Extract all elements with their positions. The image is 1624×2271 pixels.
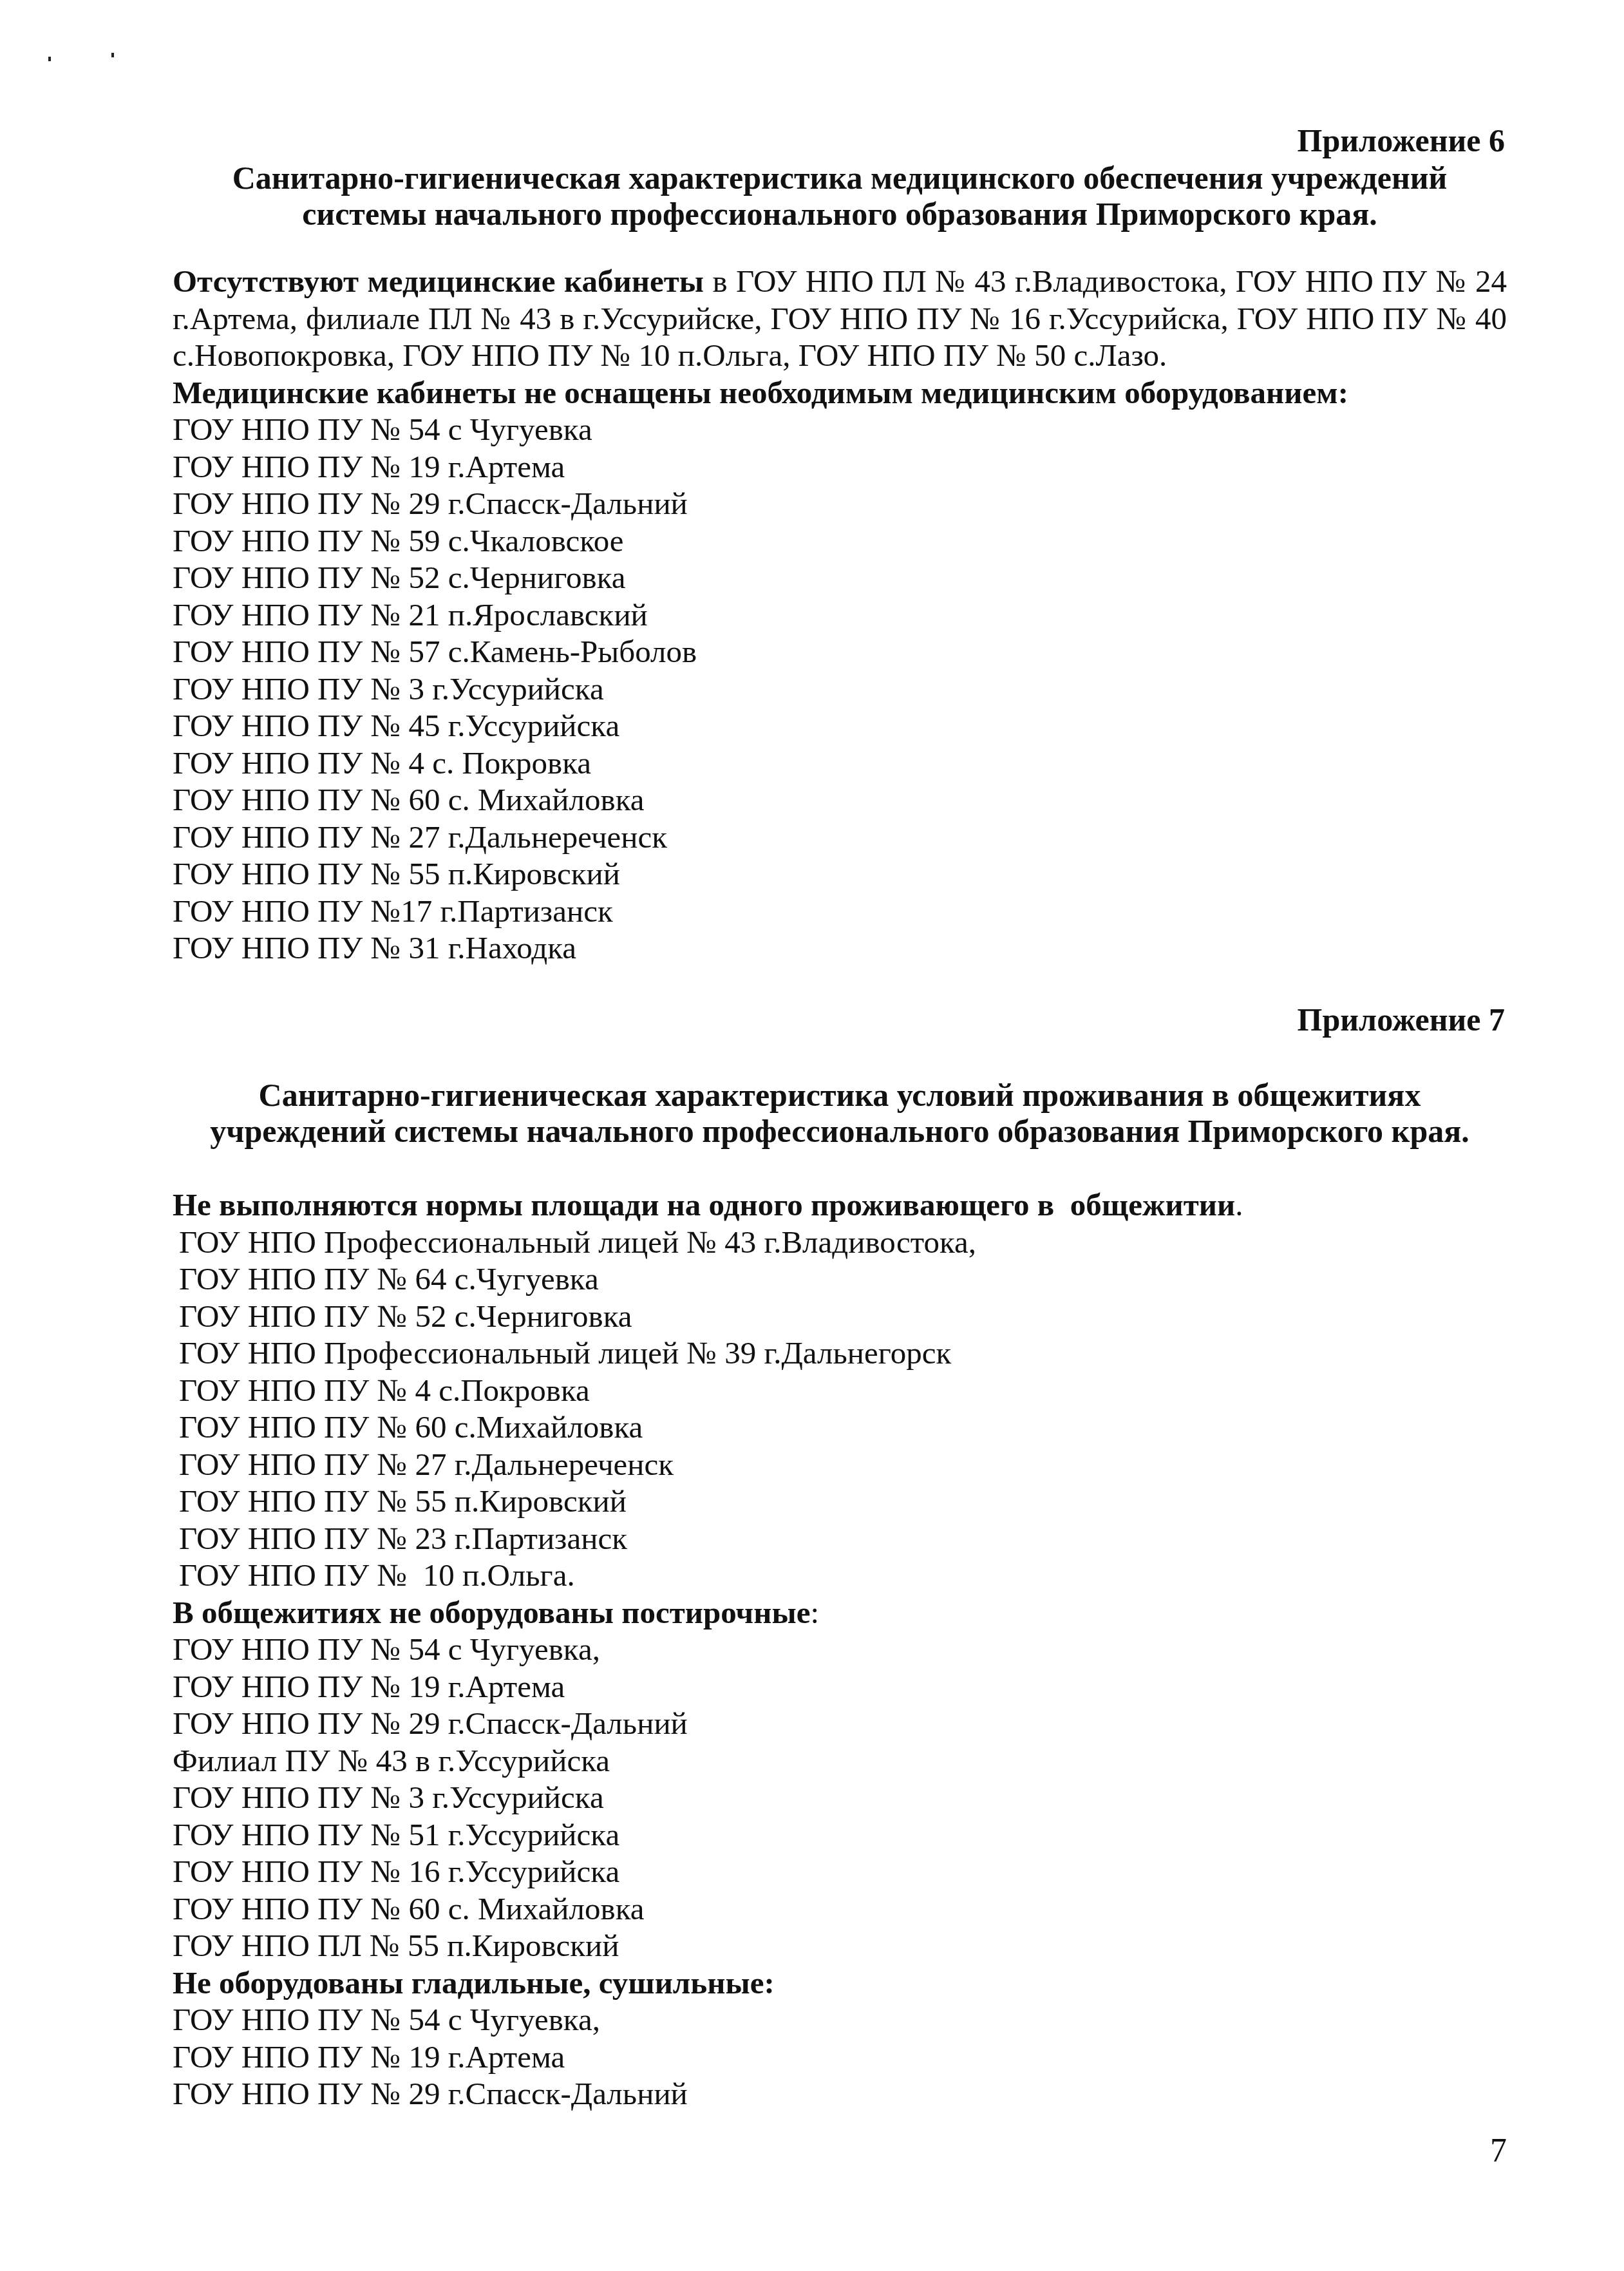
laundry-heading-end: :	[810, 1595, 819, 1630]
list-item: ГОУ НПО ПУ № 4 с.Покровка	[179, 1372, 1507, 1409]
laundry-heading: В общежитиях не оборудованы постирочные:	[173, 1594, 1507, 1631]
scan-speck	[111, 53, 114, 57]
list-item: ГОУ НПО ПУ № 19 г.Артема	[173, 448, 1507, 486]
missing-offices-lead: Отсутствуют медицинские кабинеты	[173, 263, 704, 299]
list-item: ГОУ НПО ПУ № 16 г.Уссурийска	[173, 1853, 1507, 1890]
list-item: ГОУ НПО ПУ № 10 п.Ольга.	[179, 1557, 1507, 1594]
appendix-6-title: Санитарно-гигиеническая характеристика м…	[173, 160, 1507, 232]
appendix-7-label: Приложение 7	[1298, 1002, 1505, 1038]
list-item: ГОУ НПО ПУ № 3 г.Уссурийска	[173, 1779, 1507, 1816]
unequipped-list: ГОУ НПО ПУ № 54 с ЧугуевкаГОУ НПО ПУ № 1…	[173, 411, 1507, 967]
appendix-7-body: Не выполняются нормы площади на одного п…	[173, 1186, 1507, 2113]
list-item: ГОУ НПО ПУ № 45 г.Уссурийска	[173, 707, 1507, 745]
appendix-7-title-line: Санитарно-гигиеническая характеристика у…	[173, 1077, 1507, 1113]
list-item: ГОУ НПО ПУ № 52 с.Черниговка	[173, 559, 1507, 596]
ironing-list: ГОУ НПО ПУ № 54 с Чугуевка,ГОУ НПО ПУ № …	[173, 2001, 1507, 2113]
laundry-heading-text: В общежитиях не оборудованы постирочные	[173, 1595, 810, 1630]
list-item: ГОУ НПО ПЛ № 55 п.Кировский	[173, 1927, 1507, 1964]
list-item: ГОУ НПО ПУ № 4 с. Покровка	[173, 745, 1507, 782]
area-norms-heading: Не выполняются нормы площади на одного п…	[173, 1186, 1507, 1224]
appendix-7-title-line: учреждений системы начального профессион…	[173, 1113, 1507, 1149]
list-item: ГОУ НПО ПУ № 29 г.Спасск-Дальний	[173, 1705, 1507, 1742]
laundry-list: ГОУ НПО ПУ № 54 с Чугуевка,ГОУ НПО ПУ № …	[173, 1631, 1507, 1964]
list-item: ГОУ НПО ПУ № 29 г.Спасск-Дальний	[173, 485, 1507, 522]
list-item: ГОУ НПО ПУ № 51 г.Уссурийска	[173, 1816, 1507, 1854]
unequipped-heading: Медицинские кабинеты не оснащены необход…	[173, 374, 1507, 412]
list-item: ГОУ НПО ПУ № 59 с.Чкаловское	[173, 522, 1507, 560]
list-item: ГОУ НПО ПУ № 60 с.Михайловка	[179, 1409, 1507, 1446]
list-item: ГОУ НПО ПУ № 27 г.Дальнереченск	[173, 819, 1507, 856]
list-item: ГОУ НПО ПУ № 54 с Чугуевка	[173, 411, 1507, 448]
list-item: ГОУ НПО ПУ № 55 п.Кировский	[173, 855, 1507, 893]
list-item: ГОУ НПО ПУ № 31 г.Находка	[173, 929, 1507, 967]
area-norms-heading-end: .	[1235, 1187, 1243, 1222]
list-item: ГОУ НПО Профессиональный лицей № 43 г.Вл…	[179, 1224, 1507, 1261]
appendix-6-title-line: Санитарно-гигиеническая характеристика м…	[173, 160, 1507, 196]
list-item: ГОУ НПО ПУ № 21 п.Ярославский	[173, 596, 1507, 634]
document-page: Приложение 6 Санитарно-гигиеническая хар…	[0, 0, 1624, 2271]
list-item: ГОУ НПО ПУ № 57 с.Камень-Рыболов	[173, 633, 1507, 670]
list-item: ГОУ НПО ПУ № 52 с.Черниговка	[179, 1298, 1507, 1335]
list-item: ГОУ НПО Профессиональный лицей № 39 г.Да…	[179, 1335, 1507, 1372]
area-norms-heading-text: Не выполняются нормы площади на одного п…	[173, 1187, 1235, 1222]
appendix-6-title-line: системы начального профессионального обр…	[173, 196, 1507, 232]
list-item: ГОУ НПО ПУ №17 г.Партизанск	[173, 893, 1507, 930]
list-item: ГОУ НПО ПУ № 29 г.Спасск-Дальний	[173, 2075, 1507, 2113]
list-item: ГОУ НПО ПУ № 54 с Чугуевка,	[173, 2001, 1507, 2038]
list-item: ГОУ НПО ПУ № 3 г.Уссурийска	[173, 670, 1507, 708]
appendix-6-label: Приложение 6	[1298, 122, 1505, 159]
list-item: ГОУ НПО ПУ № 23 г.Партизанск	[179, 1520, 1507, 1557]
area-norms-list: ГОУ НПО Профессиональный лицей № 43 г.Вл…	[173, 1224, 1507, 1594]
list-item: ГОУ НПО ПУ № 19 г.Артема	[173, 1668, 1507, 1706]
appendix-7-title: Санитарно-гигиеническая характеристика у…	[173, 1077, 1507, 1149]
page-number: 7	[1490, 2132, 1507, 2170]
list-item: ГОУ НПО ПУ № 55 п.Кировский	[179, 1483, 1507, 1520]
list-item: ГОУ НПО ПУ № 64 с.Чугуевка	[179, 1260, 1507, 1298]
appendix-6-body: Отсутствуют медицинские кабинеты в ГОУ Н…	[173, 263, 1507, 967]
ironing-heading: Не оборудованы гладильные, сушильные:	[173, 1964, 1507, 2002]
list-item: Филиал ПУ № 43 в г.Уссурийска	[173, 1742, 1507, 1780]
list-item: ГОУ НПО ПУ № 19 г.Артема	[173, 2038, 1507, 2076]
list-item: ГОУ НПО ПУ № 27 г.Дальнереченск	[179, 1446, 1507, 1483]
list-item: ГОУ НПО ПУ № 54 с Чугуевка,	[173, 1631, 1507, 1668]
list-item: ГОУ НПО ПУ № 60 с. Михайловка	[173, 781, 1507, 819]
scan-speck	[48, 57, 51, 61]
list-item: ГОУ НПО ПУ № 60 с. Михайловка	[173, 1890, 1507, 1928]
missing-offices-paragraph: Отсутствуют медицинские кабинеты в ГОУ Н…	[173, 263, 1507, 374]
